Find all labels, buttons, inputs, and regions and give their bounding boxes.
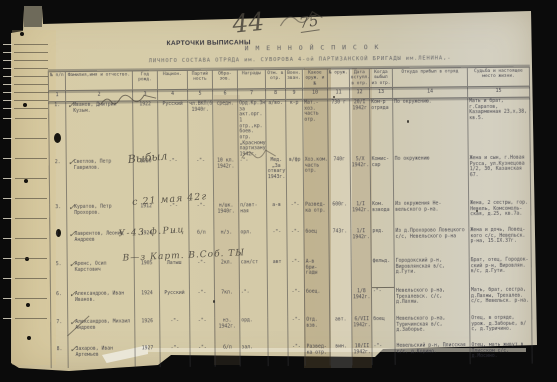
table-cell: 730 г <box>328 99 351 156</box>
table-cell: -"- <box>239 157 267 202</box>
table-cell: -"- <box>372 343 395 365</box>
column-number: 13 <box>370 88 393 99</box>
table-cell: сан/ст <box>240 259 268 289</box>
table-cell: 4. <box>49 231 67 261</box>
table-cell: 5/X 1942г. <box>351 156 371 201</box>
table-cell: Мат.-хоз. часть отр. <box>303 100 329 157</box>
table-cell: 1/I 1942г. <box>351 201 371 228</box>
table-cell: ряд. <box>371 228 394 258</box>
table-cell: Развед- ка отр. <box>305 344 330 366</box>
table-cell: Жена и сын, г.Новая Русса, ул.Кузнецова … <box>469 155 531 201</box>
table-cell: -"- <box>288 317 305 344</box>
column-number: 15 <box>468 87 530 99</box>
column-header: Откуда прибыл в отряд <box>393 68 468 88</box>
table-cell: 5. <box>50 261 68 291</box>
table-cell: Из д.Прохорово Ловецкого с/с, Невельског… <box>394 227 469 258</box>
table-cell: -"- <box>189 203 214 230</box>
column-header: Какое оруж. и № <box>303 70 328 89</box>
table-cell: Невельского р-на, Трехалевск. с/с, д.Лах… <box>395 287 470 316</box>
table-cell: 20/I 1942г <box>350 99 371 156</box>
pencil-scrawl <box>99 93 159 108</box>
table-cell: Развед- ка отр. <box>304 202 329 229</box>
pencil-scrawl <box>63 314 93 338</box>
column-header: № п/п <box>48 72 66 91</box>
table-cell: Отец, мать живут в Плисском с/с, д.Мосин… <box>470 342 532 365</box>
table-cell: -"- <box>287 229 304 259</box>
personnel-table: № п/пФамилия,имя и отчество.Год рожд.Нац… <box>48 67 533 369</box>
column-number: 6 <box>213 89 238 100</box>
document-content: КАРТОЧКИ ВЫПИСАНЫ И М Е Н Н О Й С П И С … <box>0 0 557 382</box>
table-cell: 1905 <box>135 260 160 290</box>
table-cell: -"- <box>372 288 395 316</box>
table-cell: Комис- сар <box>371 156 394 201</box>
table-cell: Русский <box>160 290 190 318</box>
table-cell: -"- <box>190 345 215 367</box>
table-cell: -"- <box>190 290 215 318</box>
table-cell: Жена, 2 сестры, гор. Невель, Комсомоль- … <box>469 200 531 228</box>
pencil-checkmark: ✓ <box>68 230 76 240</box>
column-header: Награды <box>238 70 266 89</box>
table-cell: б/п <box>215 344 240 366</box>
table-cell: 1924 <box>135 290 160 318</box>
column-number: 14 <box>393 87 468 99</box>
table-cell: н/шк. 1940г. <box>214 202 239 229</box>
table-cell: Отд. взв. <box>305 317 330 344</box>
column-number: 8 <box>266 89 286 100</box>
table-cell: 1927 <box>135 345 160 367</box>
column-header: Год рожд. <box>133 71 158 90</box>
table-cell: 8. <box>50 346 68 368</box>
table-cell: -"- <box>160 318 190 345</box>
column-header: Дата вступл. в отр. <box>350 69 370 88</box>
table-cell: Невельский р-н, Плисская с/с, д.Корино. <box>395 342 470 365</box>
table-cell <box>268 289 288 317</box>
column-header: Национ. <box>158 71 188 90</box>
table-cell: 6/VII 1942г. <box>352 316 372 343</box>
table-cell: нз. 1942г. <box>215 317 240 344</box>
table-cell: По окружению <box>394 155 469 201</box>
table-cell: к-р <box>286 100 304 157</box>
table-cell: Брат, отец, Городок- ский р-н, Вировлян.… <box>470 257 532 288</box>
pencil-scrawl <box>240 146 280 162</box>
cards-issued-stamp: КАРТОЧКИ ВЫПИСАНЫ <box>167 39 251 47</box>
table-cell: -"- <box>240 289 268 317</box>
table-cell: -"- <box>287 202 304 229</box>
column-header: Фамилия,имя и отчество. <box>66 71 133 91</box>
document-title: И М Е Н Н О Й С П И С О К <box>245 43 380 52</box>
pencil-checkmark: ✓ <box>68 203 76 213</box>
pencil-checkmark: ✓ <box>68 158 76 168</box>
pencil-checkmark: ✓ <box>69 345 77 355</box>
table-cell: 1. <box>48 102 67 159</box>
column-number: 12 <box>350 88 370 99</box>
table-cell: 600г. <box>329 201 351 228</box>
column-header: Обра- зов. <box>213 70 238 89</box>
table-cell: 2кл. <box>215 259 240 289</box>
table-cell: -"- <box>288 344 305 366</box>
column-header: Отм. в отр. <box>266 70 286 89</box>
table-cell: боец <box>304 229 329 259</box>
table-cell: Захаров, Иван Артемьев✓ <box>68 345 135 368</box>
column-number: 10 <box>303 89 328 100</box>
table-cell: вин. <box>330 343 352 365</box>
column-number: 7 <box>238 89 266 100</box>
pencil-page-number: 44 <box>231 7 265 39</box>
table-cell: -"- <box>160 345 190 367</box>
table-cell: орд. <box>240 317 268 344</box>
table-cell: -"- <box>267 229 287 259</box>
table-cell <box>330 288 352 316</box>
table-cell: Мед.„За отвагу“ 1943г. <box>267 157 287 202</box>
table-cell: Светлов, Петр Гаврилов.✓ <box>67 158 134 204</box>
table-cell: в/фр <box>287 157 304 202</box>
table-cell: По окружению. <box>393 98 469 156</box>
column-number: 1 <box>48 91 66 102</box>
table-cell: Куратов, Петр Прохоров.✓ <box>67 203 134 231</box>
column-number: 4 <box>158 90 188 101</box>
table-cell: Жена и дочь, Ловец- кого с/с, Невельск. … <box>469 227 531 258</box>
table-cell: Городокский р-н, Вировлянская в/с, д.Гут… <box>395 257 470 288</box>
pencil-checkmark: ✓ <box>69 290 77 300</box>
pencil-checkmark: ✓ <box>67 101 75 111</box>
table-cell: -"- <box>288 259 305 289</box>
table-cell: чл.ВКП(б) 1940г. <box>188 101 214 158</box>
column-header: № оруж. <box>328 69 350 88</box>
table-cell: -"- <box>190 260 215 290</box>
table-cell: А-в бри- гады <box>305 259 330 289</box>
column-header: Когда выбыл из отр. <box>370 69 393 88</box>
table-cell: авт <box>268 259 288 289</box>
table-cell: зал. <box>240 344 268 366</box>
column-header: Воен. зван. <box>286 70 303 89</box>
table-cell: авт. <box>330 316 352 343</box>
table-cell: -"- <box>288 289 305 317</box>
table-cell: 1/8 1942г. <box>352 288 372 316</box>
table-cell: Невельского р-на, Туричинская в/с, д.Заб… <box>395 315 470 343</box>
table-cell: 2. <box>49 159 67 204</box>
column-header: Партий ность <box>188 71 213 90</box>
column-header: Судьба и настоящее место жизни. <box>468 68 530 88</box>
table-cell: 7кл. <box>215 289 240 317</box>
table-cell <box>352 258 372 288</box>
table-cell: 3. <box>49 204 67 231</box>
pencil-checkmark: ✓ <box>69 260 77 270</box>
table-cell: а-в <box>267 202 287 229</box>
table-cell <box>268 317 288 344</box>
table-cell <box>330 258 352 288</box>
table-cell: -"- <box>190 318 215 345</box>
table-cell: Мать и брат, г.Саратов, Казарменная 23,х… <box>468 98 531 156</box>
column-number: 9 <box>286 89 303 100</box>
table-cell <box>268 344 288 366</box>
column-number: 5 <box>188 90 213 101</box>
table-cell: Из окружения Не- вельского р-на. <box>394 200 469 228</box>
table-cell: Хоз.ком. часть отр. <box>304 157 329 202</box>
table-cell: Ком. взвода <box>371 201 394 228</box>
table-cell: Отец, в отряде, урож. д.Заборье, в/с, д.… <box>470 315 532 343</box>
table-cell: 740г <box>329 156 351 201</box>
table-cell: Мать, брат, сестра, д.Лахны, Трехалев. с… <box>470 287 532 316</box>
table-cell: Латыш <box>160 260 190 290</box>
table-cell: п/авт- ная <box>239 202 267 229</box>
table-cell: 1926 <box>135 318 160 345</box>
table-cell: 1/I 1942г. <box>351 228 371 258</box>
table-cell: фельд. <box>372 258 395 288</box>
table-cell: Ком-р отряда <box>370 99 394 156</box>
table-cell: 743г. <box>329 228 351 258</box>
table-cell: боец <box>372 316 395 343</box>
table-cell: 10/II 1942г. <box>352 343 372 365</box>
pencil-scrawl <box>276 10 326 30</box>
table-cell: Иванов, Дмитрий Кузьм.✓ <box>66 101 134 159</box>
document-subtitle: ЛИЧНОГО СОСТАВА ОТРЯДА им. СУВОРОВА 4-ой… <box>149 55 452 64</box>
table-cell: Аренс, Осип Карстович✓ <box>68 260 135 291</box>
table-cell: 10 кл. 1942г. <box>214 157 239 202</box>
column-number: 11 <box>328 88 350 99</box>
table-cell: боец. <box>305 289 330 317</box>
scanned-document-photo: КАРТОЧКИ ВЫПИСАНЫ И М Е Н Н О Й С П И С … <box>0 0 557 382</box>
table-cell: средн. <box>213 100 239 157</box>
